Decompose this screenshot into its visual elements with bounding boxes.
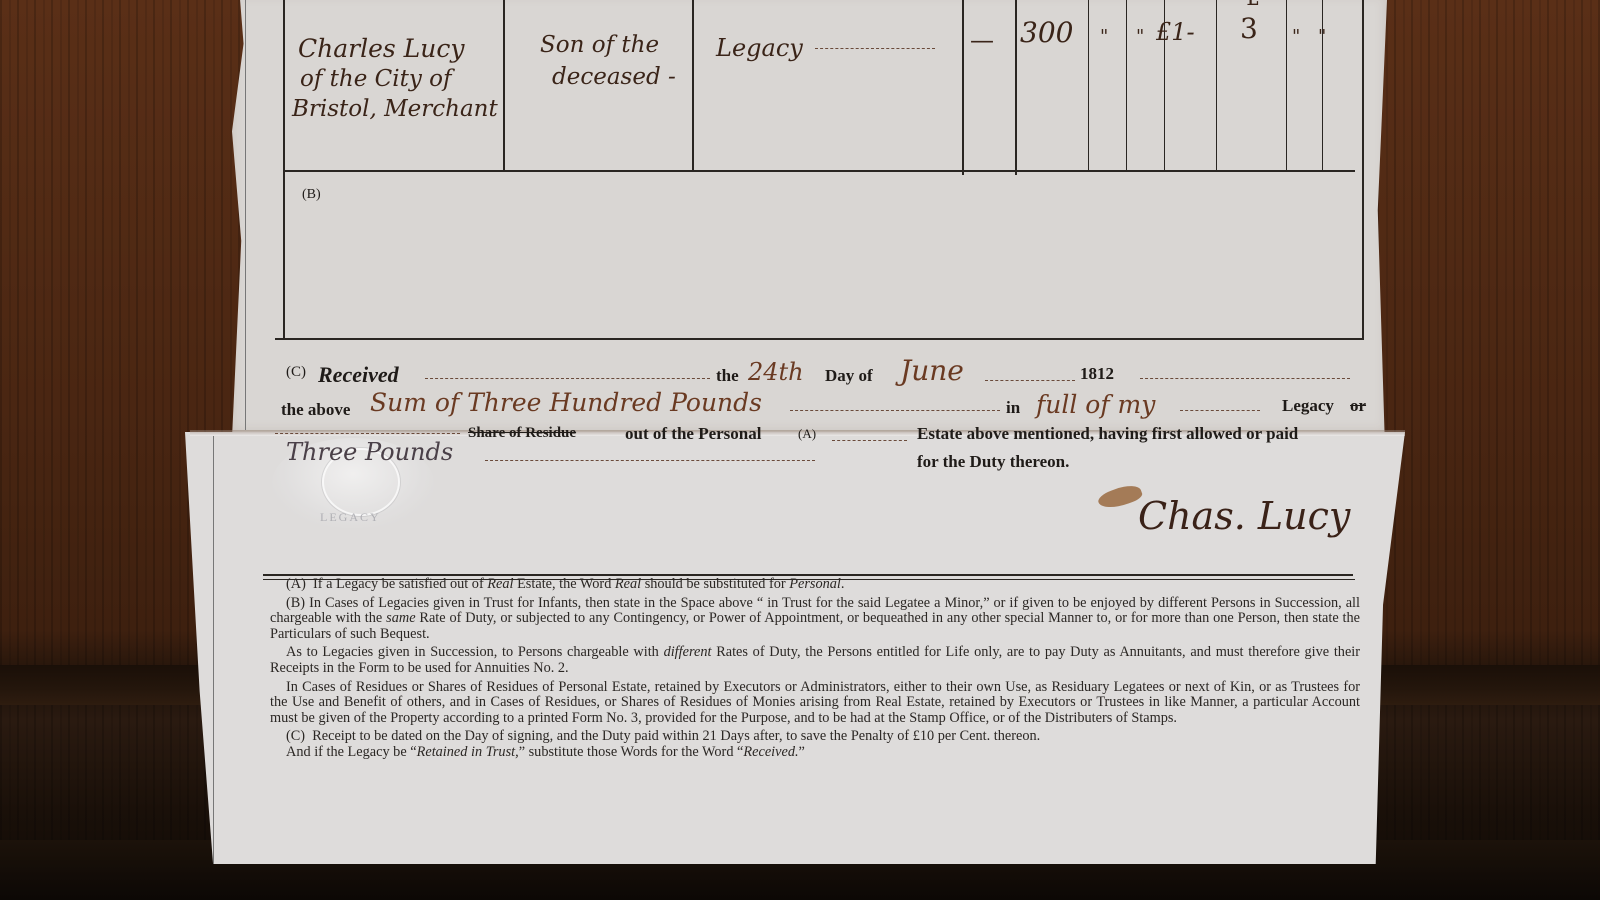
note-text: should be substituted for (641, 576, 789, 592)
fill-dash (1180, 410, 1260, 412)
note-marker: (A) (286, 576, 306, 592)
month-value: June (900, 354, 964, 387)
note-residues: In Cases of Residues or Shares of Residu… (270, 680, 1360, 727)
receipt-marker-c: (C) (286, 364, 306, 381)
legatee-name: Charles Lucy (298, 34, 464, 63)
note-italic: Real (615, 576, 641, 592)
note-italic: Real (487, 576, 513, 592)
note-text: Rate of Duty, or subjected to any Contin… (270, 610, 1360, 642)
note-text: ” substitute those Words for the Word “ (519, 744, 744, 760)
embossed-seal-text: LEGACY (320, 510, 381, 525)
note-text: If a Legacy be satisfied out of (313, 576, 487, 592)
duty-pounds: 3 (1240, 12, 1258, 45)
fill-dash (790, 410, 1000, 412)
note-c-line2: And if the Legacy be “Retained in Trust,… (270, 745, 1360, 761)
fill-dash (485, 460, 815, 462)
legacy-label: Legacy (1282, 396, 1334, 416)
note-a: (A) If a Legacy be satisfied out of Real… (270, 577, 1360, 593)
note-italic: Retained in Trust, (417, 744, 519, 760)
row-divider (285, 170, 1355, 172)
amount-pounds: 300 (1020, 16, 1073, 49)
note-text: In Cases of Residues or Shares of Residu… (270, 679, 1360, 726)
in-label: in (1006, 398, 1020, 418)
note-italic: different (664, 644, 712, 660)
fill-dash (275, 433, 460, 435)
year-value: 1812 (1080, 364, 1114, 384)
dash-mark: — (970, 26, 994, 54)
duty-label: for the Duty thereon. (917, 452, 1069, 472)
duty-amount-value: Three Pounds (286, 438, 453, 466)
note-b: (B) In Cases of Legacies given in Trust … (270, 596, 1360, 643)
header-pound-glyph: £ (1246, 0, 1260, 11)
fill-dash (832, 440, 907, 442)
note-text: . (841, 576, 845, 592)
col-divider (962, 0, 964, 175)
col-divider (1015, 0, 1017, 175)
fill-dash (1140, 378, 1350, 380)
sum-value: Sum of Three Hundred Pounds (370, 388, 762, 417)
note-succession: As to Legacies given in Succession, to P… (270, 645, 1360, 676)
amount-shillings: " (1100, 26, 1108, 47)
received-label: Received (318, 362, 399, 388)
relationship-line2: deceased - (552, 64, 676, 90)
note-italic: Received. (743, 744, 798, 760)
out-of-label: out of the Personal (625, 424, 761, 444)
struck-share-of-residue: Share of Residue (468, 425, 576, 442)
note-italic: same (386, 610, 415, 626)
note-italic: Personal (789, 576, 841, 592)
col-divider (692, 0, 694, 170)
note-text: Receipt to be dated on the Day of signin… (312, 728, 1040, 744)
duty-shillings: " (1292, 26, 1300, 47)
col-divider (1126, 0, 1127, 172)
fill-dash (425, 378, 710, 380)
the-label: the (716, 366, 739, 386)
legatee-city: of the City of (300, 66, 452, 92)
relationship-line1: Son of the (540, 32, 659, 58)
signature: Chas. Lucy (1138, 494, 1350, 538)
struck-or: or (1350, 396, 1366, 416)
legacy-description: Legacy (716, 34, 803, 62)
margin-line-left (245, 0, 246, 430)
note-marker: (C) (286, 728, 305, 744)
duty-rate: £1- (1156, 18, 1195, 46)
note-a-marker: (A) (798, 426, 816, 442)
margin-line-left-lower (213, 436, 214, 864)
day-value: 24th (748, 358, 804, 386)
col-divider (503, 0, 505, 170)
duty-pence: " (1318, 26, 1326, 47)
table-border-bottom (275, 338, 1364, 340)
note-text: Estate, the Word (514, 576, 615, 592)
footnotes: (A) If a Legacy be satisfied out of Real… (270, 577, 1360, 764)
col-divider (1216, 0, 1217, 172)
section-b-marker: (B) (302, 187, 321, 203)
fill-dash (815, 48, 935, 50)
note-text: As to Legacies given in Succession, to P… (286, 644, 659, 660)
day-of-label: Day of (825, 366, 873, 386)
note-c: (C) Receipt to be dated on the Day of si… (270, 729, 1360, 745)
fill-dash (985, 380, 1075, 382)
col-divider (1088, 0, 1089, 172)
the-above-label: the above (281, 400, 350, 420)
in-value: full of my (1036, 390, 1155, 419)
amount-pence: " (1136, 26, 1144, 47)
estate-label: Estate above mentioned, having first all… (917, 424, 1298, 444)
note-text: ” (799, 744, 805, 760)
table-border-right (1362, 0, 1364, 340)
legatee-occupation: Bristol, Merchant (292, 96, 498, 122)
note-marker: (B) (286, 595, 305, 611)
col-divider (1286, 0, 1287, 172)
note-text: And if the Legacy be “ (286, 744, 417, 760)
